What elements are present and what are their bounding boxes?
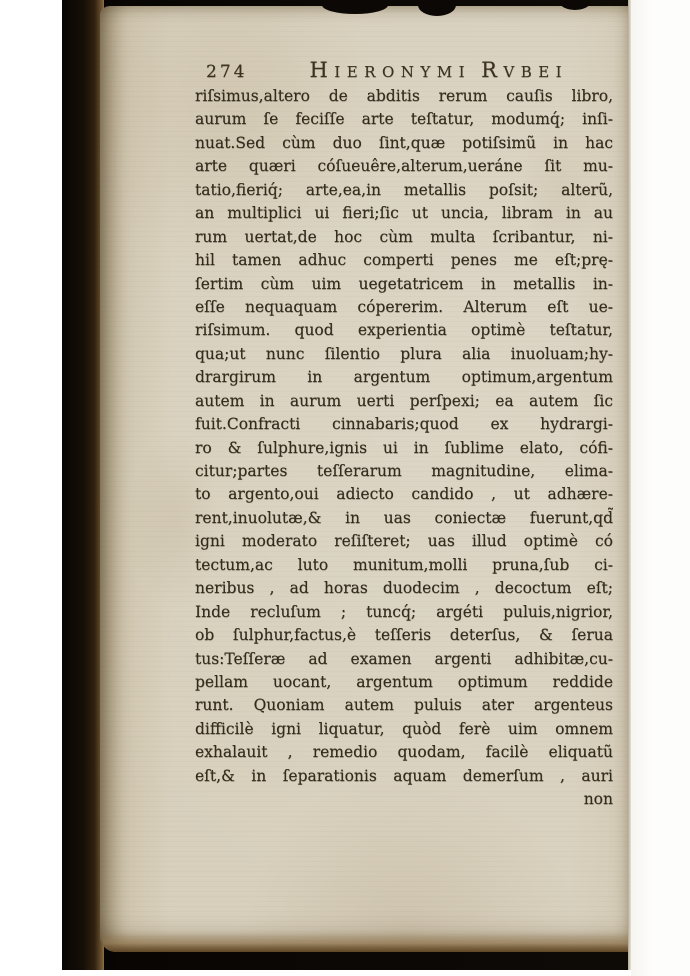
text-line: riſsimum. quod experientia optimè teſtat…	[195, 319, 613, 342]
text-line: eſt,& in ſeparationis aquam demerſum , a…	[195, 765, 613, 788]
text-line: tatio,fieriq́; arte,ea,in metallis poſsi…	[195, 179, 613, 202]
text-line: autem in aurum uerti perſpexi; ea autem …	[195, 390, 613, 413]
text-line: ro & ſulphure,ignis ui in ſublime elato,…	[195, 437, 613, 460]
text-line: hil tamen adhuc comperti penes me eſt;pr…	[195, 249, 613, 272]
text-line: nuat.Sed cùm duo ſint,quæ potiſsimũ in h…	[195, 132, 613, 155]
header-word2-initial: R	[481, 58, 503, 82]
text-line: rum uertat,de hoc cùm multa ſcribantur, …	[195, 226, 613, 249]
catchword: non	[195, 788, 613, 811]
scanner-margin	[631, 0, 690, 976]
text-line: to argento,oui adiecto candido , ut adhæ…	[195, 483, 613, 506]
header-word2-rest: VBEI	[503, 63, 568, 81]
text-line: tus:Teſſeræ ad examen argenti adhibitæ,c…	[195, 648, 613, 671]
text-line: riſsimus,altero de abditis rerum cauſis …	[195, 85, 613, 108]
text-block: riſsimus,altero de abditis rerum cauſis …	[195, 85, 613, 812]
text-line: citur;partes teſſerarum magnitudine, eli…	[195, 460, 613, 483]
text-line: rent,inuolutæ,& in uas coniectæ fuerunt,…	[195, 507, 613, 530]
text-line: ob ſulphur,factus,è teſſeris deterſus, &…	[195, 624, 613, 647]
text-line: ſertim cùm uim uegetatricem in metallis …	[195, 273, 613, 296]
text-line: drargirum in argentum optimum,argentum	[195, 366, 613, 389]
running-header: HIERONYMIRVBEI	[309, 58, 568, 82]
book-spine-shadow	[62, 0, 104, 970]
text-line: eſſe nequaquam cópererim. Alterum eſt ue…	[195, 296, 613, 319]
header-word1-initial: H	[309, 58, 334, 82]
text-line: neribus , ad horas duodecim , decoctum e…	[195, 577, 613, 600]
page-header: 274 HIERONYMIRVBEI	[195, 58, 615, 86]
header-word1-rest: IERONYMI	[334, 63, 471, 81]
text-line: exhalauit , remedio quodam, facilè eliqu…	[195, 741, 613, 764]
text-line: tectum,ac luto munitum,molli pruna,ſub c…	[195, 554, 613, 577]
text-line: qua;ut nunc ſilentio plura alia inuoluam…	[195, 343, 613, 366]
text-line: difficilè igni liquatur, quòd ferè uim o…	[195, 718, 613, 741]
scan-root: 274 HIERONYMIRVBEI riſsimus,altero de ab…	[0, 0, 690, 976]
text-line: an multiplici ui fieri;ſic ut uncia, lib…	[195, 202, 613, 225]
text-line: fuit.Confracti cinnabaris;quod ex hydrar…	[195, 413, 613, 436]
text-line: Inde recluſum ; tuncq́; argéti puluis,ni…	[195, 601, 613, 624]
page-bottom-edge	[102, 932, 628, 952]
text-line: pellam uocant, argentum optimum reddide	[195, 671, 613, 694]
text-line: runt. Quoniam autem puluis ater argenteu…	[195, 694, 613, 717]
text-line: arte quæri cóſueuêre,alterum,ueráne ſit …	[195, 155, 613, 178]
text-line: aurum ſe feciſſe arte teſtatur, modumq́;…	[195, 108, 613, 131]
text-line: igni moderato reſiſteret; uas illud opti…	[195, 530, 613, 553]
folio-number: 274	[206, 62, 247, 82]
